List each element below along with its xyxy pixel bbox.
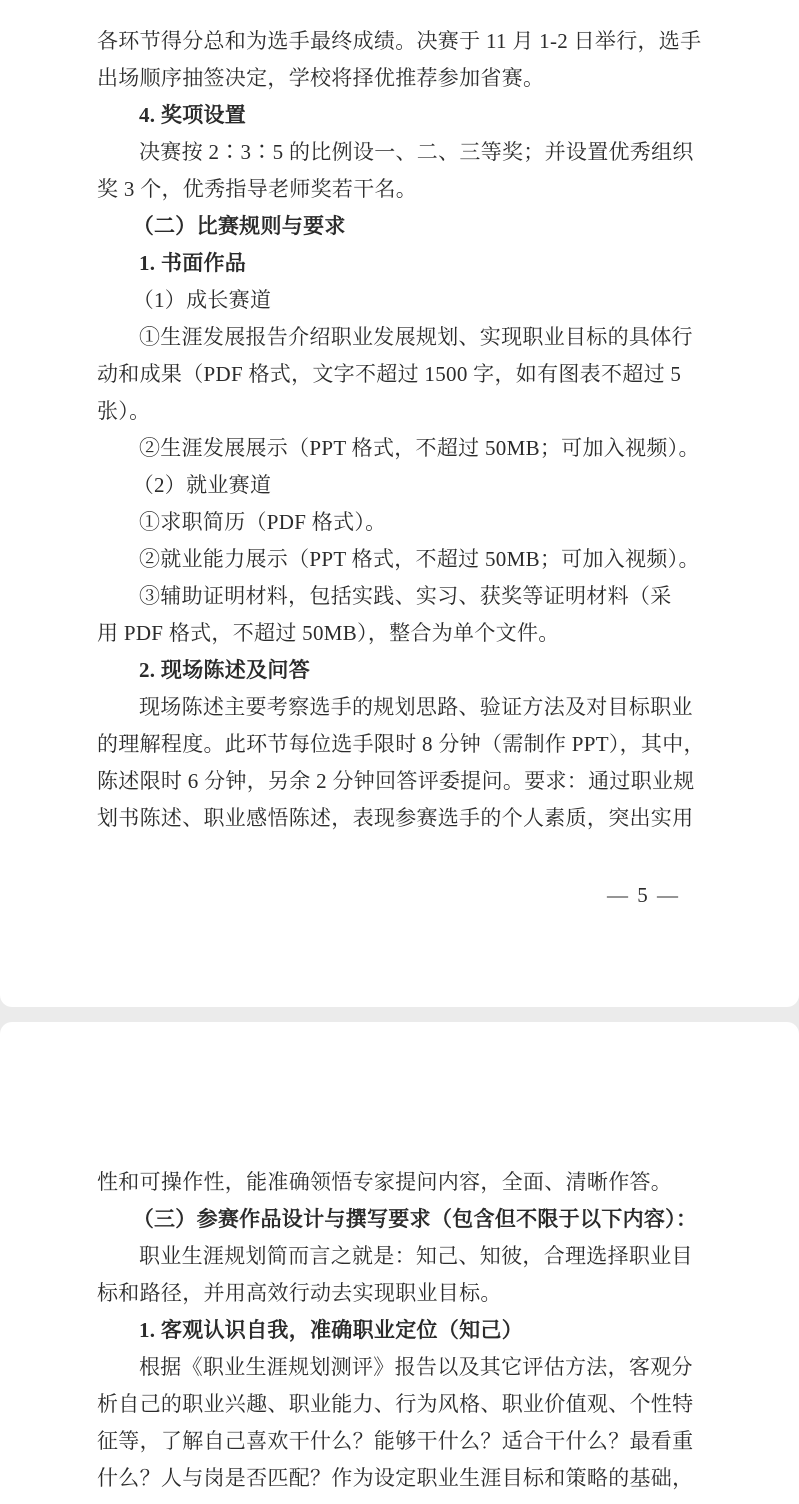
body-line: （1）成长赛道 <box>97 282 715 319</box>
document-viewer: 各环节得分总和为选手最终成绩。决赛于 11 月 1-2 日举行，选手出场顺序抽签… <box>0 0 799 1504</box>
body-line: 职业生涯规划简而言之就是：知己、知彼，合理选择职业目 <box>97 1238 715 1275</box>
page-gap <box>0 1007 799 1022</box>
body-line: 动和成果（PDF 格式，文字不超过 1500 字，如有图表不超过 5 <box>97 356 715 393</box>
body-line: 根据《职业生涯规划测评》报告以及其它评估方法，客观分 <box>97 1349 715 1386</box>
body-line: 奖 3 个，优秀指导老师奖若干名。 <box>97 171 715 208</box>
body-line: 决赛按 2∶3∶5 的比例设一、二、三等奖；并设置优秀组织 <box>97 134 715 171</box>
heading-line: （二）比赛规则与要求 <box>97 208 715 245</box>
body-line: ③辅助证明材料，包括实践、实习、获奖等证明材料（采 <box>97 578 715 615</box>
body-line: 标和路径，并用高效行动去实现职业目标。 <box>97 1275 715 1312</box>
body-line: ①求职简历（PDF 格式）。 <box>97 504 715 541</box>
body-line: 用 PDF 格式，不超过 50MB），整合为单个文件。 <box>97 615 715 652</box>
body-line: 各环节得分总和为选手最终成绩。决赛于 11 月 1-2 日举行，选手 <box>97 23 715 60</box>
document-page-6: 性和可操作性，能准确领悟专家提问内容，全面、清晰作答。（三）参赛作品设计与撰写要… <box>0 1022 799 1504</box>
body-line: 张）。 <box>97 393 715 430</box>
body-line: ②生涯发展展示（PPT 格式，不超过 50MB；可加入视频）。 <box>97 430 715 467</box>
heading-line: 2. 现场陈述及问答 <box>97 652 715 689</box>
page-6-text-block: 性和可操作性，能准确领悟专家提问内容，全面、清晰作答。（三）参赛作品设计与撰写要… <box>97 1164 715 1497</box>
page-5-text-block: 各环节得分总和为选手最终成绩。决赛于 11 月 1-2 日举行，选手出场顺序抽签… <box>97 23 715 837</box>
heading-line: 1. 书面作品 <box>97 245 715 282</box>
heading-line: （三）参赛作品设计与撰写要求（包含但不限于以下内容）： <box>97 1201 715 1238</box>
body-line: 划书陈述、职业感悟陈述，表现参赛选手的个人素质，突出实用 <box>97 800 715 837</box>
body-line: 性和可操作性，能准确领悟专家提问内容，全面、清晰作答。 <box>97 1164 715 1201</box>
body-line: （2）就业赛道 <box>97 467 715 504</box>
body-line: 现场陈述主要考察选手的规划思路、验证方法及对目标职业 <box>97 689 715 726</box>
page-number: — 5 — <box>97 877 715 914</box>
body-line: ②就业能力展示（PPT 格式，不超过 50MB；可加入视频）。 <box>97 541 715 578</box>
heading-line: 4. 奖项设置 <box>97 97 715 134</box>
body-line: 征等，了解自己喜欢干什么？能够干什么？适合干什么？最看重 <box>97 1423 715 1460</box>
body-line: 陈述限时 6 分钟，另余 2 分钟回答评委提问。要求：通过职业规 <box>97 763 715 800</box>
body-line: 出场顺序抽签决定，学校将择优推荐参加省赛。 <box>97 60 715 97</box>
document-page-5: 各环节得分总和为选手最终成绩。决赛于 11 月 1-2 日举行，选手出场顺序抽签… <box>0 0 799 1007</box>
body-line: 什么？人与岗是否匹配？作为设定职业生涯目标和策略的基础， <box>97 1460 715 1497</box>
body-line: ①生涯发展报告介绍职业发展规划、实现职业目标的具体行 <box>97 319 715 356</box>
body-line: 的理解程度。此环节每位选手限时 8 分钟（需制作 PPT），其中， <box>97 726 715 763</box>
heading-line: 1. 客观认识自我，准确职业定位（知己） <box>97 1312 715 1349</box>
body-line: 析自己的职业兴趣、职业能力、行为风格、职业价值观、个性特 <box>97 1386 715 1423</box>
